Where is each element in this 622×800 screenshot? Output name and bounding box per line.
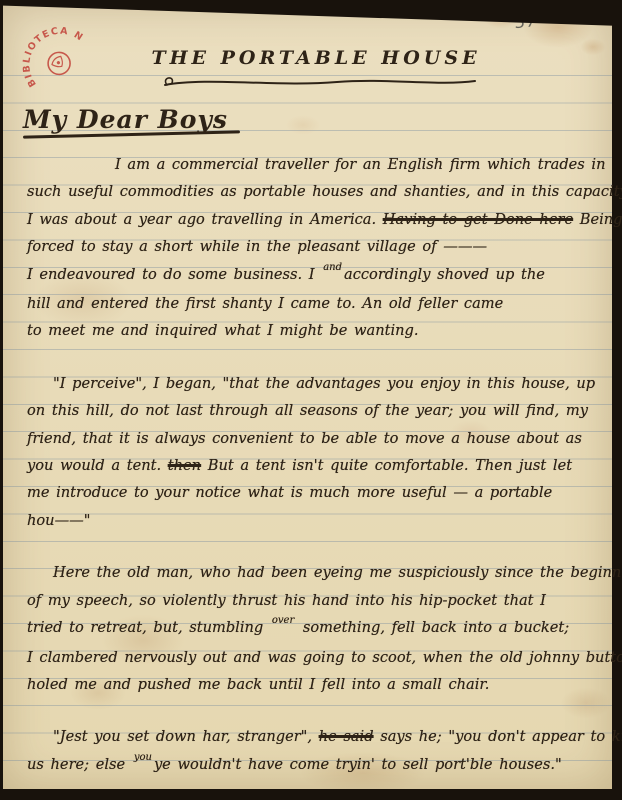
manuscript-line: holed me and pushed me back until I fell… [27,671,602,698]
stamp-emblem-dot [56,60,61,65]
title-block: THE PORTABLE HOUSE [151,47,481,69]
manuscript-line: hou——" [27,507,602,534]
handwritten-text: I endeavoured to do some business. I [27,266,321,283]
handwritten-text: "I perceive", I began, "that the advanta… [53,375,595,392]
manuscript-line: I endeavoured to do some business. I and… [27,261,602,290]
library-stamp-icon: BIBLIOTECA NACIONAL [0,0,114,118]
handwritten-text: hou——" [27,512,90,529]
manuscript-line: you would a tent. then But a tent isn't … [27,452,602,479]
handwritten-text: Being [573,211,622,228]
manuscript-line: "Jest you set down har, stranger", he sa… [27,723,602,750]
handwritten-text: tried to retreat, but, stumbling [27,619,270,636]
manuscript-line: friend, that it is always convenient to … [27,425,602,452]
handwritten-text: me introduce to your notice what is much… [27,484,552,501]
handwritten-text: to meet me and inquired what I might be … [27,322,419,339]
inserted-word: you [134,744,152,771]
manuscript-line: me introduce to your notice what is much… [27,479,602,506]
inserted-word: over [272,607,294,634]
crossed-out-text: he said [319,728,374,745]
manuscript-page: BIBLIOTECA NACIONAL 37⁵²-2⁴-1 THE PORTAB… [3,5,612,789]
handwritten-text: says he; "you don't appear to know [374,728,622,745]
crossed-out-text: Having to get Done here [383,211,573,228]
handwritten-text: I clambered nervously out and was going … [27,649,622,666]
scanned-page-background: BIBLIOTECA NACIONAL 37⁵²-2⁴-1 THE PORTAB… [0,0,622,800]
handwritten-text: us here; else [27,756,132,773]
paragraph: "Jest you set down har, stranger", he sa… [27,723,602,780]
handwritten-text: holed me and pushed me back until I fell… [27,676,489,693]
handwritten-text: forced to stay a short while in the plea… [27,238,487,255]
salutation: My Dear Boys [23,105,228,136]
handwritten-text: Here the old man, who had been eyeing me… [53,564,622,581]
svg-text:BIBLIOTECA NACIONAL: BIBLIOTECA NACIONAL [0,0,88,96]
manuscript-line: such useful commodities as portable hous… [27,178,602,205]
handwritten-text: But a tent isn't quite comfortable. Then… [201,457,572,474]
manuscript-body: I am a commercial traveller for an Engli… [27,151,602,780]
handwritten-text: friend, that it is always convenient to … [27,430,582,447]
inserted-word: and [323,254,342,281]
handwritten-text: on this hill, do not last through all se… [27,402,588,419]
title-underline-flourish [157,73,479,91]
stamp-text: BIBLIOTECA NACIONAL [0,0,88,96]
manuscript-line: "I perceive", I began, "that the advanta… [27,370,602,397]
manuscript-line: tried to retreat, but, stumbling over so… [27,614,602,643]
handwritten-text: I am a commercial traveller for an Engli… [115,156,606,173]
manuscript-line: of my speech, so violently thrust his ha… [27,587,602,614]
manuscript-line: forced to stay a short while in the plea… [27,233,602,260]
manuscript-line: hill and entered the first shanty I came… [27,290,602,317]
page-title: THE PORTABLE HOUSE [151,47,481,69]
manuscript-line: Here the old man, who had been eyeing me… [27,559,602,586]
handwritten-text: ye wouldn't have come tryin' to sell por… [154,756,562,773]
paragraph: Here the old man, who had been eyeing me… [27,559,602,698]
manuscript-line: I was about a year ago travelling in Ame… [27,206,602,233]
manuscript-line: on this hill, do not last through all se… [27,397,602,424]
handwritten-text: you would a tent. [27,457,168,474]
manuscript-line: to meet me and inquired what I might be … [27,317,602,344]
handwritten-text: something, fell back into a bucket; [296,619,569,636]
handwritten-text: accordingly shoved up the [344,266,545,283]
handwritten-text: such useful commodities as portable hous… [27,183,622,200]
crossed-out-text: then [168,457,201,474]
handwritten-text: hill and entered the first shanty I came… [27,295,503,312]
paragraph: I am a commercial traveller for an Engli… [27,151,602,345]
manuscript-line: I am a commercial traveller for an Engli… [27,151,602,178]
paragraph: "I perceive", I began, "that the advanta… [27,370,602,534]
handwritten-text: I was about a year ago travelling in Ame… [27,211,383,228]
manuscript-line: I clambered nervously out and was going … [27,644,602,671]
handwritten-text: "Jest you set down har, stranger", [53,728,319,745]
manuscript-line: us here; else youye wouldn't have come t… [27,751,602,780]
